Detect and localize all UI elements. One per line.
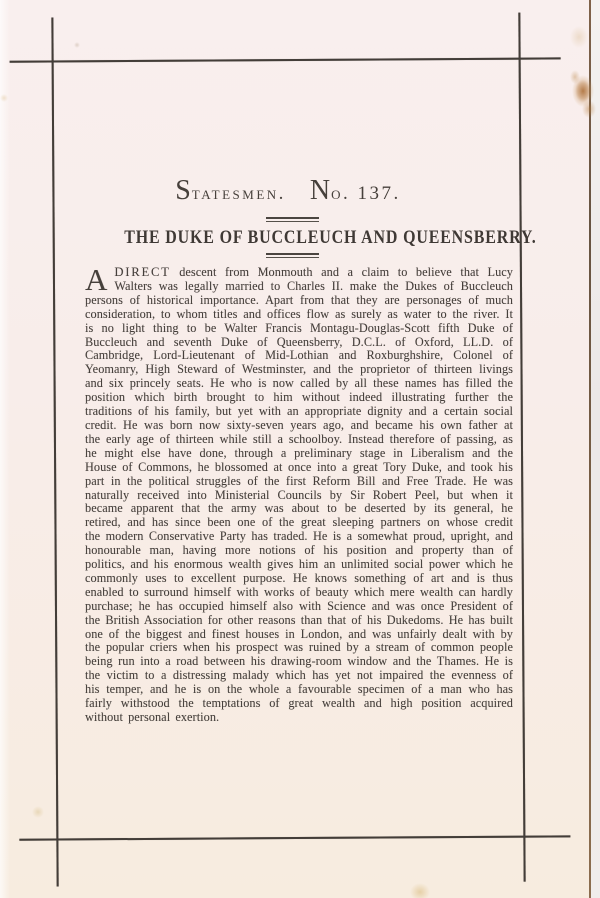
frame-rule-left <box>51 18 58 887</box>
lead-word: DIRECT <box>114 265 170 279</box>
frame-rule-right <box>518 13 525 882</box>
scanned-page: Statesmen. No. 137. THE DUKE OF BUCCLEUC… <box>0 0 600 898</box>
double-rule-lower <box>266 253 319 258</box>
double-rule-upper <box>266 217 319 222</box>
drop-cap: A <box>85 266 114 293</box>
series-name: Statesmen. <box>175 176 286 209</box>
frame-rule-bottom <box>19 835 570 840</box>
page-title: THE DUKE OF BUCCLEUCH AND QUEENSBERRY. <box>124 227 484 249</box>
series-header: Statesmen. No. 137. <box>85 176 513 209</box>
series-number: No. 137. <box>310 176 401 209</box>
frame-rule-top <box>10 57 561 62</box>
article-body: descent from Monmouth and a claim to bel… <box>85 265 513 724</box>
article-text: ADIRECT descent from Monmouth and a clai… <box>85 266 513 725</box>
